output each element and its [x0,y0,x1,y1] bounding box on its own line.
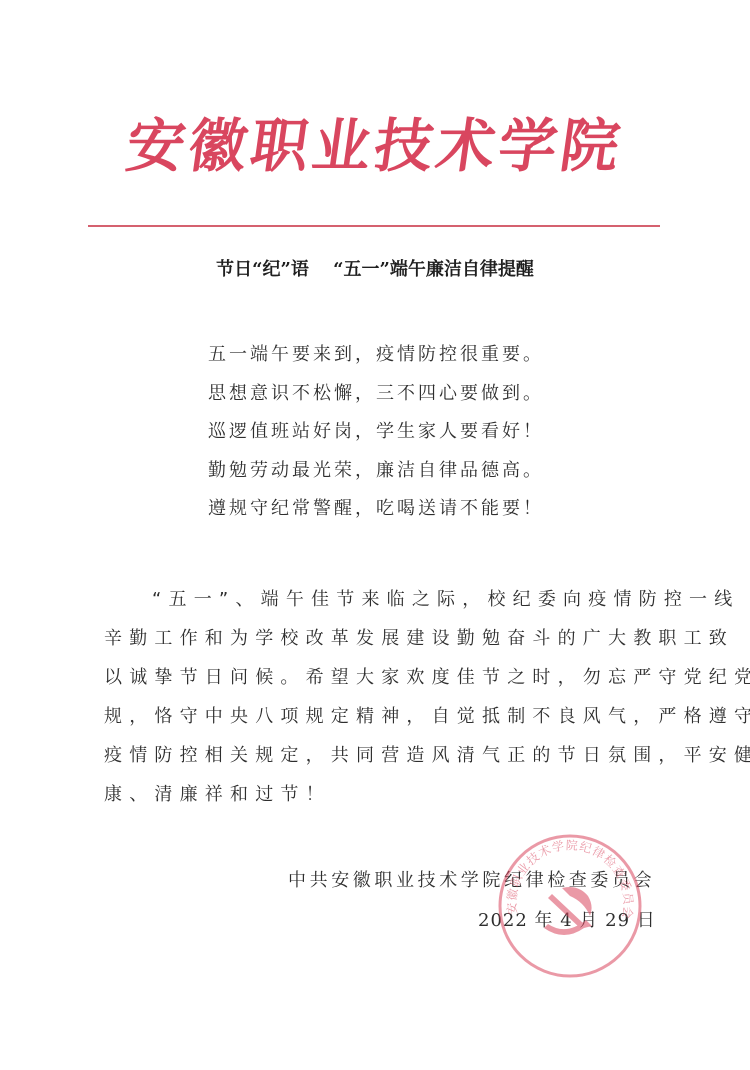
document-heading: 节日“纪”语 “五一”端午廉洁自律提醒 [0,256,750,284]
body-line: 康、清廉祥和过节！ [104,775,644,814]
poem-line: 五一端午要来到，疫情防控很重要。 [208,340,548,379]
signature-organization: 中共安徽职业技术学院纪律检查委员会 [288,866,648,896]
masthead-title: 安徽职业技术学院 [0,104,750,188]
poem-line: 勤勉劳动最光荣，廉洁自律品德高。 [208,456,548,495]
body-line: 疫情防控相关规定，共同营造风清气正的节日氛围，平安健 [104,736,644,775]
red-divider-rule [88,225,660,227]
poem-line: 遵规守纪常警醒，吃喝送请不能要！ [208,494,548,533]
signature-date: 2022 年 4 月 29 日 [478,906,648,936]
poem-block: 五一端午要来到，疫情防控很重要。 思想意识不松懈，三不四心要做到。 巡逻值班站好… [208,340,548,533]
body-line: “五一”、端午佳节来临之际，校纪委向疫情防控一线 [104,580,644,619]
body-paragraph: “五一”、端午佳节来临之际，校纪委向疫情防控一线 辛勤工作和为学校改革发展建设勤… [104,580,644,814]
poem-line: 思想意识不松懈，三不四心要做到。 [208,379,548,418]
body-line: 以诚挚节日问候。希望大家欢度佳节之时，勿忘严守党纪党 [104,658,644,697]
body-line: 规，恪守中央八项规定精神，自觉抵制不良风气，严格遵守 [104,697,644,736]
poem-line: 巡逻值班站好岗，学生家人要看好！ [208,417,548,456]
body-line: 辛勤工作和为学校改革发展建设勤勉奋斗的广大教职工致 [104,619,644,658]
